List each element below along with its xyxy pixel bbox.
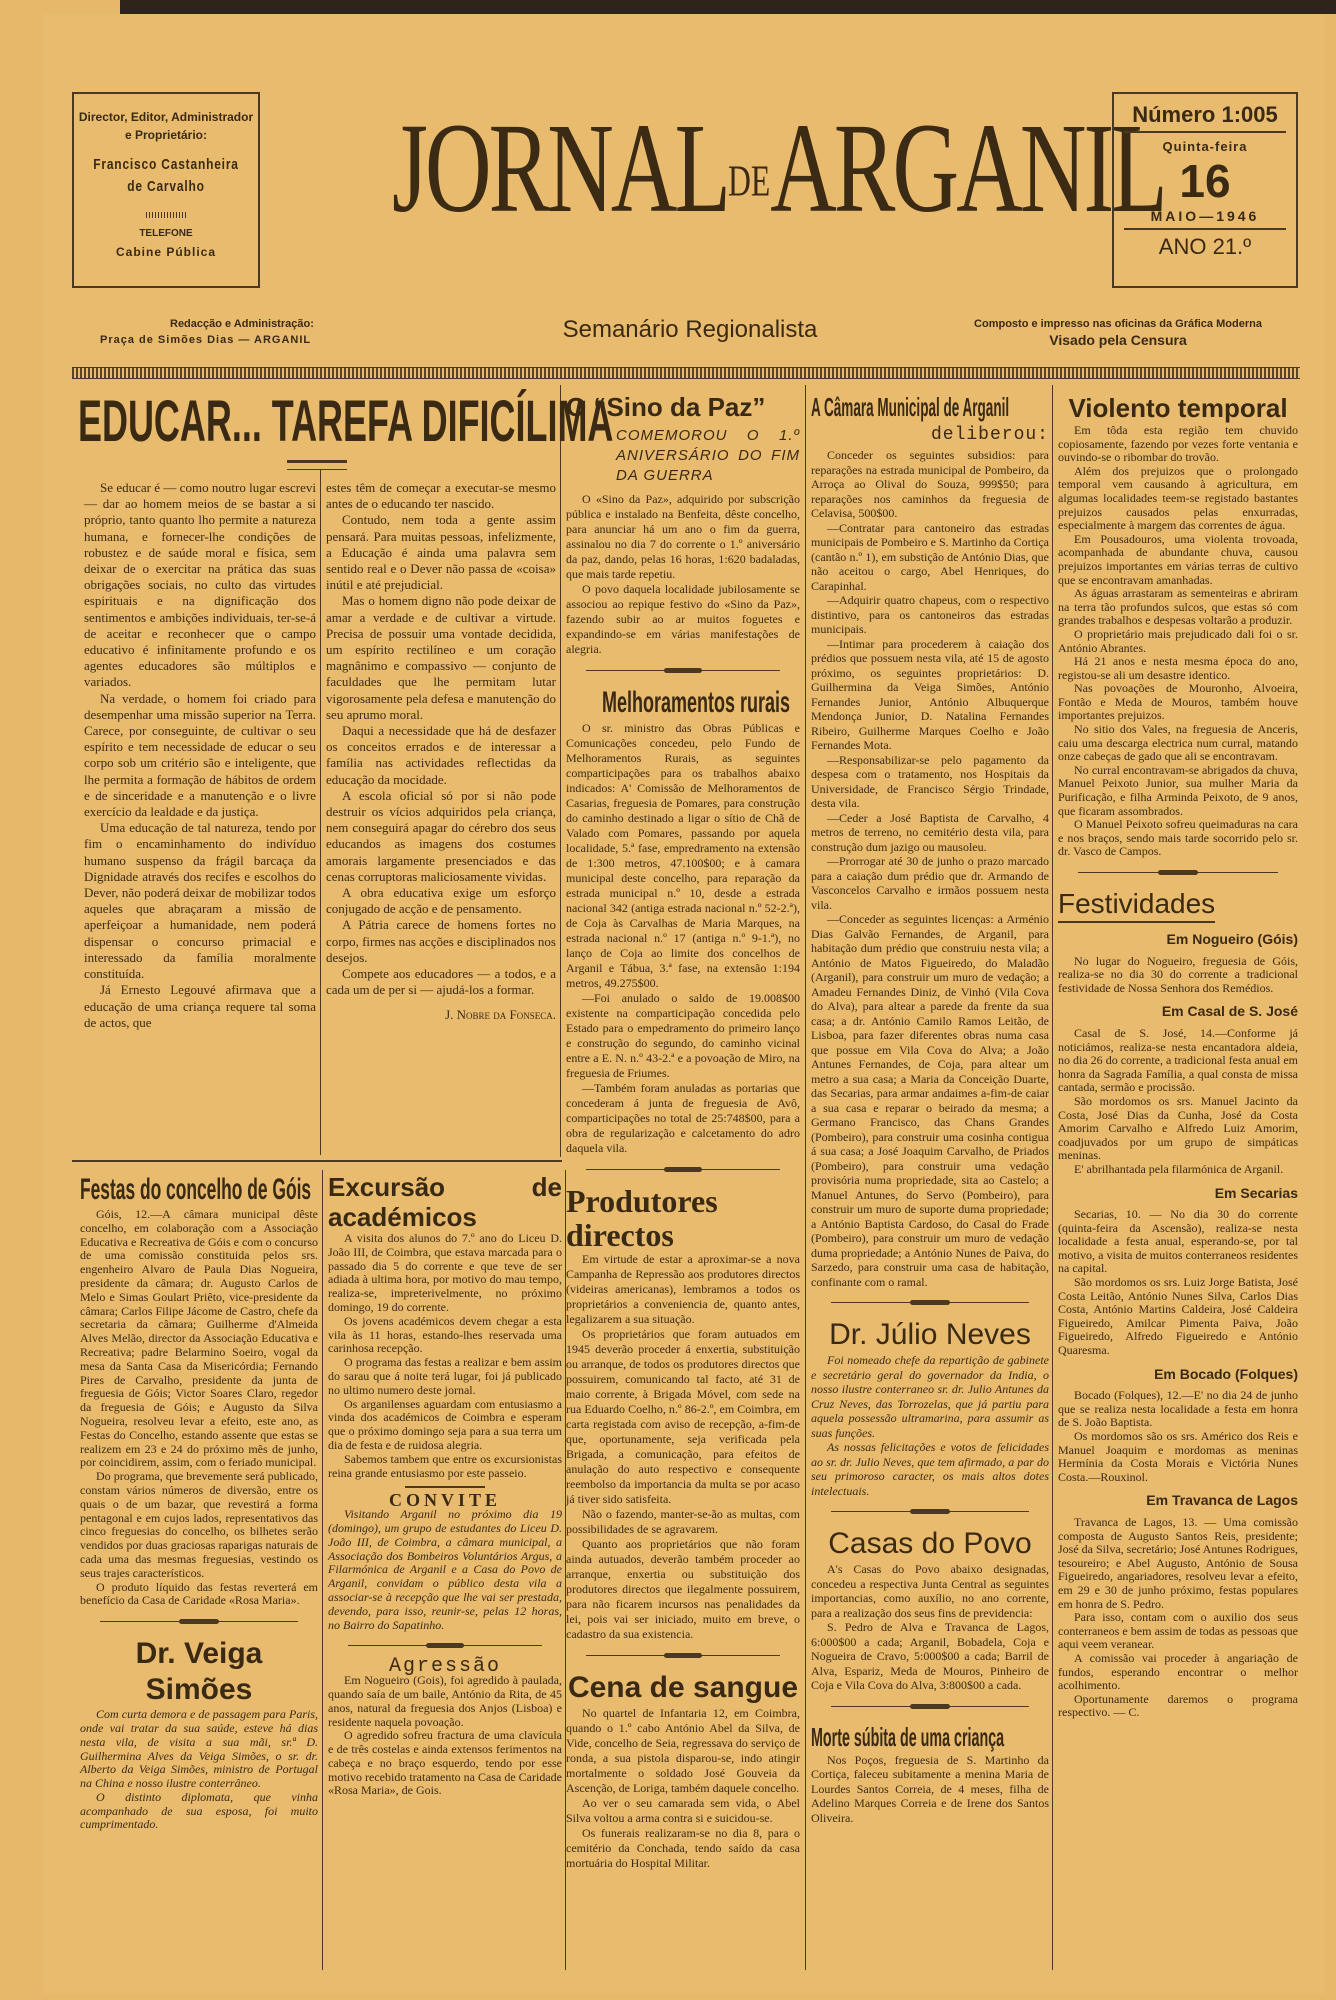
headline-convite: CONVITE	[328, 1494, 562, 1508]
column-5: Violento temporal Em tôda esta região te…	[1058, 392, 1298, 1720]
paragraph: Conceder os seguintes subsidios: para re…	[811, 448, 1049, 521]
issue-month-year: MAIO—1946	[1124, 208, 1286, 230]
paragraph: O povo daquela localidade jubilosamente …	[566, 582, 800, 657]
paragraph: Nas povoações de Mouronho, Alvoeira, Fon…	[1058, 682, 1298, 723]
paragraph: estes têm de começar a executar-se mesmo…	[326, 480, 556, 512]
masthead-jornal: JORNAL	[392, 97, 728, 239]
paragraph: —Intimar para procederem à caiação dos p…	[811, 637, 1049, 753]
paragraph: Daqui a necessidade que há de desfazer o…	[326, 723, 556, 788]
subhead: Em Casal de S. José	[1058, 1005, 1298, 1019]
ornament-divider	[586, 1652, 780, 1660]
paragraph: Do programa, que brevemente será publica…	[80, 1470, 318, 1580]
paragraph: Há 21 anos e nesta mesma época do ano, r…	[1058, 655, 1298, 682]
paragraph: E' abrilhantada pela filarmónica de Arga…	[1058, 1163, 1298, 1177]
column-rule	[805, 385, 806, 1970]
masthead-arganil: ARGANIL	[770, 97, 1165, 239]
headline-morte: Morte súbita de uma criança	[811, 1721, 942, 1753]
issue-year-count: ANO 21.º	[1114, 234, 1296, 260]
paragraph: O Manuel Peixoto sofreu queimaduras na c…	[1058, 818, 1298, 859]
column-1-lower: Festas do concelho de Góis Góis, 12.—A c…	[80, 1172, 318, 1832]
paragraph: Os jovens académicos devem chegar a esta…	[328, 1315, 562, 1356]
paragraph: A Pátria carece de homens fortes no corp…	[326, 917, 556, 966]
paragraph: Com curta demora e de passagem para Pari…	[80, 1708, 318, 1791]
paragraph: Uma educação de tal natureza, tendo por …	[84, 820, 316, 982]
headline-sino: O “Sino da Paz”	[566, 392, 800, 422]
phone-value: Cabine Pública	[74, 245, 258, 259]
paragraph: Sabemos tambem que entre os excursionist…	[328, 1453, 562, 1481]
editor-role: Director, Editor, Administrador e Propri…	[74, 108, 258, 144]
paragraph: Visitando Arganil no próximo dia 19 (dom…	[328, 1508, 562, 1632]
paragraph: Em Pousadouros, uma violenta trovoada, a…	[1058, 533, 1298, 587]
paragraph: Os arganilenses aguardam com entusiasmo …	[328, 1398, 562, 1453]
paragraph: —Conceder as seguintes licenças: a Armén…	[811, 912, 1049, 1289]
paragraph: A visita dos alunos do 7.º ano do Liceu …	[328, 1232, 562, 1315]
paragraph: —Responsabilizar-se pelo pagamento da de…	[811, 753, 1049, 811]
editor-name: Francisco Castanheira de Carvalho	[92, 154, 239, 198]
ornament-divider	[348, 1642, 542, 1650]
headline-cena: Cena de sangue	[566, 1670, 800, 1706]
headline-festividades: Festividades	[1058, 887, 1215, 923]
paragraph: Em Nogueiro (Gois), foi agredido à paula…	[328, 1674, 562, 1729]
issue-weekday: Quinta-feira	[1114, 139, 1296, 154]
paragraph: Mas o homem digno não pode deixar de ama…	[326, 593, 556, 723]
divider	[405, 1486, 485, 1488]
article-educar-col2: estes têm de começar a executar-se mesmo…	[326, 480, 556, 1023]
column-rule	[322, 1170, 323, 1970]
ornament-bar	[146, 212, 186, 218]
paragraph: Casal de S. José, 14.—Conforme já notici…	[1058, 1027, 1298, 1095]
paragraph: As águas arrastaram as sementeiras e abr…	[1058, 587, 1298, 628]
paragraph: Já Ernesto Legouvé afirmava que a educaç…	[84, 982, 316, 1031]
subhead: Em Secarias	[1058, 1187, 1298, 1201]
paragraph: O programa das festas a realizar e bem a…	[328, 1356, 562, 1397]
subhead: Em Bocado (Folques)	[1058, 1368, 1298, 1382]
paragraph: São mordomos os srs. Manuel Jacinto da C…	[1058, 1095, 1298, 1163]
headline-agressao: Agressão	[328, 1660, 562, 1674]
paragraph: A obra educativa exige um esforço conjug…	[326, 885, 556, 917]
column-4: A Câmara Municipal de Arganil deliberou:…	[811, 392, 1049, 1825]
headline-excursao: Excursão de académicos	[328, 1172, 562, 1232]
paragraph: Se educar é — como noutro lugar escrevi …	[84, 480, 316, 691]
paragraph: —Contratar para cantoneiro das estradas …	[811, 521, 1049, 594]
paragraph: Secarias, 10. — No dia 30 do corrente (q…	[1058, 1208, 1298, 1276]
paragraph: Góis, 12.—A câmara municipal dêste conce…	[80, 1208, 318, 1470]
header-rule	[72, 367, 1300, 379]
column-2-lower: Excursão de académicos A visita dos alun…	[328, 1172, 562, 1798]
column-3: O “Sino da Paz” COMEMOROU O 1.º ANIVERSÁ…	[566, 392, 800, 1871]
subhead-deliberou: deliberou:	[811, 422, 1049, 448]
issue-box: Número 1:005 Quinta-feira 16 MAIO—1946 A…	[1112, 92, 1298, 288]
subhead: Em Travanca de Lagos	[1058, 1494, 1298, 1508]
paragraph: Os proprietários que foram autuados em 1…	[566, 1327, 800, 1507]
headline: EDUCAR... TAREFA DIFICÍLIMA	[78, 390, 374, 454]
phone-label: TELEFONE	[74, 228, 258, 239]
issue-day: 16	[1114, 154, 1296, 208]
paragraph: São mordomos os srs. Luiz Jorge Batista,…	[1058, 1276, 1298, 1358]
paragraph: Bocado (Folques), 12.—E' no dia 24 de ju…	[1058, 1389, 1298, 1430]
ornament-divider	[586, 667, 780, 675]
paragraph: O proprietário mais prejudicado dali foi…	[1058, 628, 1298, 655]
subtitle: Semanário Regionalista	[480, 316, 900, 344]
column-rule	[320, 470, 321, 1155]
headline-veiga: Dr. Veiga Simões	[80, 1636, 318, 1708]
print-line: Composto e impresso nas oficinas da Gráf…	[948, 316, 1288, 332]
issue-number: Número 1:005	[1124, 102, 1286, 133]
article-educar: EDUCAR... TAREFA DIFICÍLIMA	[78, 390, 556, 484]
headline-casas: Casas do Povo	[811, 1526, 1049, 1562]
column-rule	[560, 385, 561, 1157]
paragraph: —Adquirir quatro chapeus, com o respecti…	[811, 593, 1049, 637]
paragraph: Em virtude de estar a aproximar-se a nov…	[566, 1252, 800, 1327]
paragraph: O distinto diplomata, que vinha acompanh…	[80, 1791, 318, 1832]
ornament-divider	[831, 1508, 1029, 1516]
paragraph: No lugar do Nogueiro, freguesia de Góis,…	[1058, 955, 1298, 996]
paragraph: Ao ver o seu camarada sem vida, o Abel S…	[566, 1796, 800, 1826]
masthead-title: JORNALDEARGANIL	[392, 98, 968, 252]
paragraph: A escola oficial só por si não pode dest…	[326, 788, 556, 885]
paragraph: Quanto aos proprietários que não foram a…	[566, 1537, 800, 1642]
redaccao-label: Redacção e Administração:	[100, 316, 410, 332]
ornament-divider	[831, 1299, 1029, 1307]
paragraph: —Também foram anuladas as portarias que …	[566, 1081, 800, 1156]
headline-julio: Dr. Júlio Neves	[811, 1317, 1049, 1353]
paragraph: Os funerais realizaram-se no dia 8, para…	[566, 1826, 800, 1871]
paragraph: No sitio dos Vales, na freguesia de Ance…	[1058, 723, 1298, 764]
paragraph: —Prorrogar até 30 de junho o prazo marca…	[811, 854, 1049, 912]
headline-temporal: Violento temporal	[1058, 392, 1298, 424]
ornament-divider	[100, 1618, 298, 1626]
editor-box: Director, Editor, Administrador e Propri…	[72, 92, 260, 288]
signature: J. Nobre da Fonseca.	[326, 1007, 556, 1023]
paragraph: Na verdade, o homem foi criado para dese…	[84, 691, 316, 821]
subhead-sino: COMEMOROU O 1.º ANIVERSÁRIO DO FIM DA GU…	[566, 426, 800, 486]
article-educar-col1: Se educar é — como noutro lugar escrevi …	[84, 480, 316, 1031]
paragraph: Além dos prejuizos que o prolongado temp…	[1058, 465, 1298, 533]
headline-melhoramentos: Melhoramentos rurais	[602, 685, 721, 721]
address-block: Redacção e Administração: Praça de Simõe…	[100, 316, 410, 348]
masthead-de: DE	[728, 157, 770, 206]
address: Praça de Simões Dias — ARGANIL	[100, 332, 410, 348]
paragraph: Foi nomeado chefe da repartição de gabin…	[811, 1353, 1049, 1440]
paragraph: No curral encontravam-se abrigados da ch…	[1058, 764, 1298, 818]
paragraph: Em tôda esta região tem chuvido copiosam…	[1058, 424, 1298, 465]
paragraph: Travanca de Lagos, 13. — Uma comissão co…	[1058, 1516, 1298, 1611]
paragraph: Nos Poços, freguesia de S. Martinho da C…	[811, 1753, 1049, 1826]
paragraph: —Foi anulado o saldo de 19.008$00 existe…	[566, 991, 800, 1081]
paragraph: —Ceder a José Baptista de Carvalho, 4 me…	[811, 811, 1049, 855]
paragraph: Para isso, contam com o auxilio dos seus…	[1058, 1611, 1298, 1652]
paragraph: O «Sino da Paz», adquirido por subscriçã…	[566, 492, 800, 582]
paragraph: O sr. ministro das Obras Públicas e Comu…	[566, 721, 800, 991]
headline-gois: Festas do concelho de Góis	[80, 1172, 218, 1208]
paragraph: No quartel de Infantaria 12, em Coimbra,…	[566, 1706, 800, 1796]
censura-line: Visado pela Censura	[948, 332, 1288, 348]
paragraph: Oportunamente daremos o programa respect…	[1058, 1693, 1298, 1720]
section-rule	[72, 1160, 562, 1162]
column-rule	[1052, 385, 1053, 1970]
ornament-divider	[1078, 869, 1278, 877]
paragraph: S. Pedro de Alva e Travanca de Lagos, 6:…	[811, 1620, 1049, 1693]
print-block: Composto e impresso nas oficinas da Gráf…	[948, 316, 1288, 348]
paragraph: Não o fazendo, manter-se-ão as multas, c…	[566, 1507, 800, 1537]
paragraph: O produto líquido das festas reverterá e…	[80, 1581, 318, 1609]
scan-top-edge	[120, 0, 1336, 14]
paragraph: As nossas felicitações e votos de felici…	[811, 1440, 1049, 1498]
ornament-divider	[831, 1703, 1029, 1711]
paragraph: Contudo, nem toda a gente assim pensará.…	[326, 512, 556, 593]
headline-produtores: Produtores directos	[566, 1184, 800, 1252]
subhead: Em Nogueiro (Góis)	[1058, 933, 1298, 947]
ornament	[287, 460, 347, 470]
paragraph: O agredido sofreu fractura de uma clavíc…	[328, 1729, 562, 1798]
paragraph: Compete aos educadores — a todos, e a ca…	[326, 966, 556, 998]
paragraph: Os mordomos são os srs. Américo dos Reis…	[1058, 1430, 1298, 1484]
paragraph: A's Casas do Povo abaixo designadas, con…	[811, 1562, 1049, 1620]
ornament-divider	[586, 1166, 780, 1174]
paragraph: A comissão vai proceder à angariação de …	[1058, 1652, 1298, 1693]
headline-camara: A Câmara Municipal de Arganil	[811, 392, 935, 422]
